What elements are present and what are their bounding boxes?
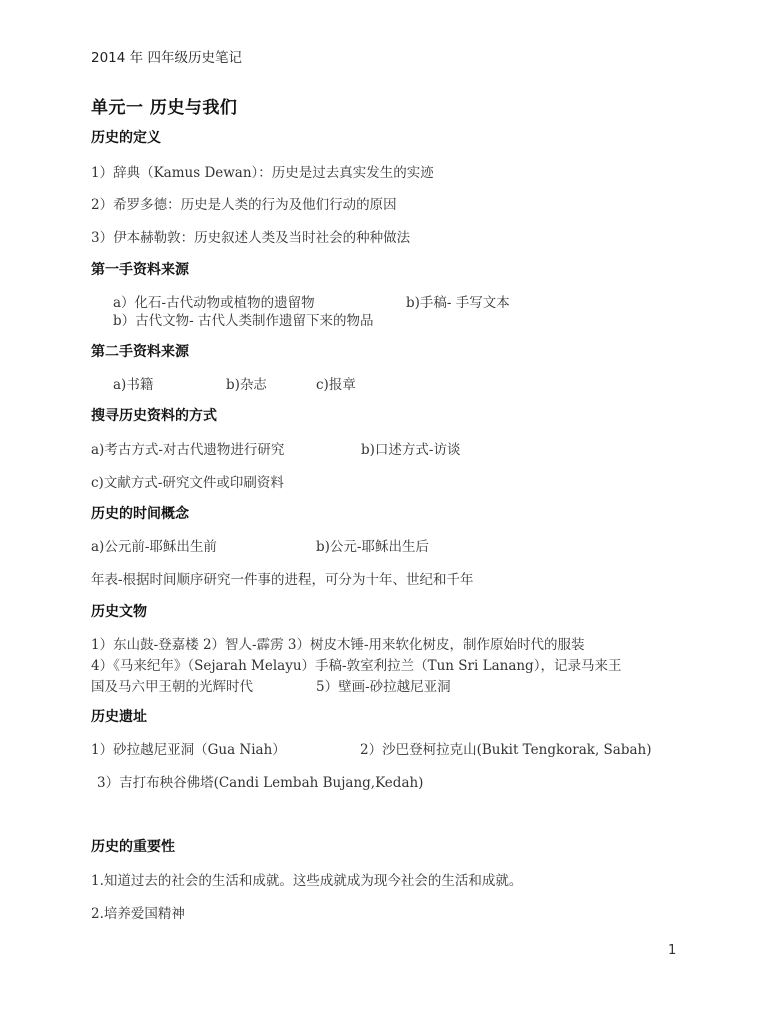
definition-item: 3）伊本赫勒敦：历史叙述人类及当时社会的种种做法 [91, 226, 410, 246]
unit-title: 单元一 历史与我们 [91, 93, 237, 118]
time-concept-a: a)公元前-耶稣出生前 [91, 535, 217, 555]
definition-item: 1）辞典（Kamus Dewan）：历史是过去真实发生的实迹 [91, 161, 434, 181]
primary-source-b: b）古代文物- 古代人类制作遗留下来的物品 [113, 309, 374, 329]
heading-time-concept: 历史的时间概念 [91, 503, 189, 523]
artifacts-line: 5）壁画-砂拉越尼亚洞 [316, 675, 451, 695]
heading-definition: 历史的定义 [91, 127, 161, 147]
method-c: c)文献方式-研究文件或印刷资料 [91, 471, 284, 491]
time-concept-b: b)公元-耶稣出生后 [316, 535, 429, 555]
site-item: 2）沙巴登柯拉克山(Bukit Tengkorak, Sabah) [360, 738, 652, 758]
definition-item: 2）希罗多德：历史是人类的行为及他们行动的原因 [91, 193, 397, 213]
document-header: 2014 年 四年级历史笔记 [91, 46, 242, 66]
heading-importance: 历史的重要性 [91, 836, 175, 856]
page-number: 1 [668, 943, 676, 958]
timeline-definition: 年表-根据时间顺序研究一件事的进程，可分为十年、世纪和千年 [91, 568, 474, 588]
heading-secondary-sources: 第二手资料来源 [91, 341, 189, 361]
site-item: 3）吉打布秧谷佛塔(Candi Lembah Bujang,Kedah) [97, 771, 423, 791]
site-item: 1）砂拉越尼亚洞（Gua Niah） [91, 738, 286, 758]
secondary-source-c: c)报章 [316, 373, 356, 393]
primary-source-b-manuscript: b)手稿- 手写文本 [406, 291, 510, 311]
heading-methods: 搜寻历史资料的方式 [91, 405, 217, 425]
importance-item: 1.知道过去的社会的生活和成就。这些成就成为现今社会的生活和成就。 [91, 869, 522, 889]
artifacts-line: 1）东山鼓-登嘉楼 2）智人-霹雳 3）树皮木锤-用来软化树皮，制作原始时代的服… [91, 633, 585, 653]
secondary-source-b: b)杂志 [226, 373, 267, 393]
artifacts-line: 国及马六甲王朝的光辉时代 [91, 675, 253, 695]
heading-primary-sources: 第一手资料来源 [91, 259, 189, 279]
method-b: b)口述方式-访谈 [361, 438, 460, 458]
secondary-source-a: a)书籍 [113, 373, 153, 393]
artifacts-line: 4）《马来纪年》（Sejarah Melayu）手稿-敦室利拉兰（Tun Sri… [91, 654, 621, 674]
heading-artifacts: 历史文物 [91, 601, 147, 621]
primary-source-a: a）化石-古代动物或植物的遗留物 [113, 291, 315, 311]
method-a: a)考古方式-对古代遗物进行研究 [91, 438, 284, 458]
heading-sites: 历史遗址 [91, 706, 147, 726]
importance-item: 2.培养爱国精神 [91, 902, 185, 922]
